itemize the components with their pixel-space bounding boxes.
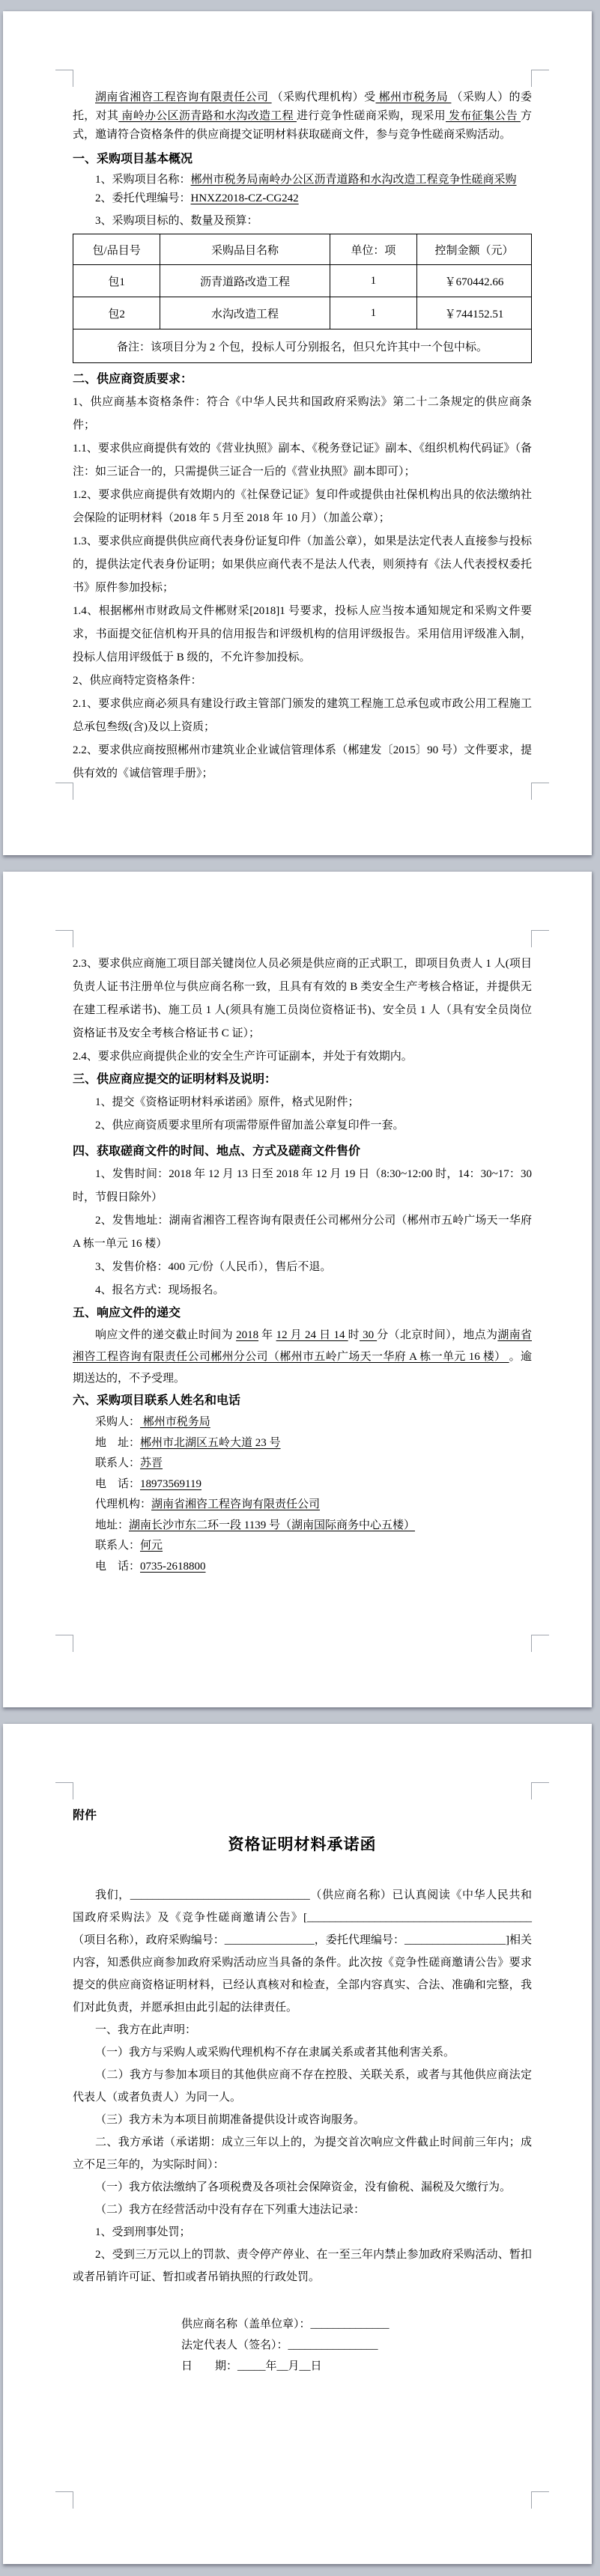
- table-header-row: 包/品目号 采购品目名称 单位：项 控制金额（元）: [73, 234, 532, 265]
- paragraph-2-2: 2.2、要求供应商按照郴州市建筑业企业诚信管理体系（郴建发〔2015〕90 号）…: [73, 739, 532, 786]
- table-remark-row: 备注：该项目分为 2 个包，投标人可分别报名，但只允许其中一个包中标。: [73, 329, 532, 363]
- heading-section-2: 二、供应商资质要求：: [73, 368, 532, 391]
- signature-legal-representative: 法定代表人（签名）：________________: [181, 2335, 532, 2356]
- paragraph-4-2: 2、发售地址：湖南省湘咨工程咨询有限责任公司郴州分公司（郴州市五岭广场天一华府 …: [73, 1209, 532, 1256]
- paragraph-2-1: 2.1、要求供应商必须具有建设行政主管部门颁发的建筑工程施工总承包或市政公用工程…: [73, 693, 532, 739]
- cell-package-2: 包2: [73, 297, 160, 329]
- word-processor-canvas: { "theme":{ "canvas_bg":"#c1c6cf", "pape…: [0, 0, 600, 2576]
- paragraph-1: 1、供应商基本资格条件：符合《中华人民共和国政府采购法》第二十二条规定的供应商条…: [73, 391, 532, 437]
- table-row: 包2 水沟改造工程 1 ￥744152.51: [73, 297, 532, 329]
- paragraph-intro: 湖南省湘咨工程咨询有限责任公司 （采购代理机构）受 郴州市税务局 （采购人）的委…: [73, 88, 532, 145]
- signature-block: 供应商名称（盖单位章）：______________ 法定代表人（签名）：___…: [181, 2314, 532, 2377]
- table-remark: 备注：该项目分为 2 个包，投标人可分别报名，但只允许其中一个包中标。: [73, 329, 532, 363]
- col-header-budget: 控制金额（元）: [416, 234, 531, 265]
- page-3-content: 附件 资格证明材料承诺函 我们，________________________…: [73, 1805, 532, 2377]
- paragraph-1-1: 1.1、要求供应商提供有效的《营业执照》副本、《税务登记证》副本、《组织机构代码…: [73, 437, 532, 484]
- document-page-2[interactable]: 2.3、要求供应商施工项目部关键岗位人员必须是供应商的正式职工，即项目负责人 1…: [3, 872, 592, 1707]
- item-agency-number: 2、委托代理编号：HNXZ2018-CZ-CG242: [73, 189, 532, 208]
- table-row: 包1 沥青道路改造工程 1 ￥670442.66: [73, 265, 532, 297]
- paragraph-declare-heading: 一、我方在此声明：: [73, 2019, 532, 2041]
- paragraph-2-4: 2.4、要求供应商提供企业的安全生产许可证副本，并处于有效期内。: [73, 1045, 532, 1069]
- margin-crop-mark: [531, 1635, 549, 1652]
- attachment-title: 资格证明材料承诺函: [73, 1833, 532, 1856]
- paragraph-2: 2、供应商特定资格条件：: [73, 669, 532, 693]
- document-page-3[interactable]: 附件 资格证明材料承诺函 我们，________________________…: [3, 1724, 592, 2564]
- cell-unit-1: 1: [330, 265, 416, 297]
- margin-crop-mark: [55, 70, 73, 87]
- page-2-content: 2.3、要求供应商施工项目部关键岗位人员必须是供应商的正式职工，即项目负责人 1…: [73, 953, 532, 1577]
- margin-crop-mark: [55, 1782, 73, 1799]
- heading-section-6: 六、采购项目联系人姓名和电话: [73, 1390, 532, 1412]
- paragraph-1-2: 1.2、要求供应商提供有效期内的《社保登记证》复印件或提供由社保机构出具的依法缴…: [73, 484, 532, 530]
- signature-supplier-name: 供应商名称（盖单位章）：______________: [181, 2314, 532, 2335]
- paragraph-declare-1: （一）我方与采购人或采购代理机构不存在隶属关系或者其他利害关系。: [73, 2041, 532, 2064]
- paragraph-5-deadline: 响应文件的递交截止时间为 2018 年 12 月 24 日 14 时 30 分（…: [73, 1325, 532, 1390]
- paragraph-promise-2: （二）我方在经营活动中没有存在下列重大违法记录：: [73, 2199, 532, 2221]
- col-header-unit: 单位：项: [330, 234, 416, 265]
- contact-agency-address: 地址：湖南长沙市东二环一段 1139 号（湖南国际商务中心五楼）: [73, 1516, 532, 1537]
- margin-crop-mark: [55, 2491, 73, 2509]
- paragraph-violation-2: 2、受到三万元以上的罚款、责令停产停业、在一至三年内禁止参加政府采购活动、暂扣或…: [73, 2244, 532, 2288]
- paragraph-promise-heading: 二、我方承诺（承诺期：成立三年以上的，为提交首次响应文件截止时间前三年内；成立不…: [73, 2131, 532, 2176]
- item-budget-intro: 3、采购项目标的、数量及预算：: [73, 212, 532, 231]
- cell-item-1: 沥青道路改造工程: [160, 265, 330, 297]
- contact-purchaser-phone: 电 话：18973569119: [73, 1474, 532, 1495]
- cell-budget-2: ￥744152.51: [416, 297, 531, 329]
- procurement-items-table: 包/品目号 采购品目名称 单位：项 控制金额（元） 包1 沥青道路改造工程 1 …: [73, 234, 532, 363]
- contact-purchaser-address: 地 址：郴州市北湖区五岭大道 23 号: [73, 1433, 532, 1454]
- paragraph-2-3: 2.3、要求供应商施工项目部关键岗位人员必须是供应商的正式职工，即项目负责人 1…: [73, 953, 532, 1045]
- margin-crop-mark: [531, 783, 549, 800]
- item-project-name: 1、采购项目名称：郴州市税务局南岭办公区沥青道路和水沟改造工程竞争性磋商采购: [73, 171, 532, 189]
- paragraph-commitment-intro: 我们，________________________________（供应商名…: [73, 1884, 532, 2019]
- contact-purchaser-person: 联系人：苏晋: [73, 1453, 532, 1474]
- margin-crop-mark: [531, 70, 549, 87]
- paragraph-1-3: 1.3、要求供应商提供供应商代表身份证复印件（加盖公章），如果是法定代表人直接参…: [73, 530, 532, 600]
- col-header-item-name: 采购品目名称: [160, 234, 330, 265]
- contact-agency-phone: 电 话：0735-2618800: [73, 1557, 532, 1578]
- paragraph-violation-1: 1、受到刑事处罚；: [73, 2221, 532, 2244]
- contact-agency: 代理机构：湖南省湘咨工程咨询有限责任公司: [73, 1495, 532, 1516]
- paragraph-3-2: 2、供应商资质要求里所有项需带原件留加盖公章复印件一套。: [73, 1114, 532, 1137]
- attachment-label: 附件: [73, 1805, 532, 1827]
- heading-section-3: 三、供应商应提交的证明材料及说明：: [73, 1069, 532, 1091]
- signature-date: 日 期：_____年__月__日: [181, 2356, 532, 2377]
- cell-item-2: 水沟改造工程: [160, 297, 330, 329]
- paragraph-declare-2: （二）我方与参加本项目的其他供应商不存在控股、关联关系，或者与其他供应商法定代表…: [73, 2064, 532, 2109]
- cell-unit-2: 1: [330, 297, 416, 329]
- paragraph-4-3: 3、发售价格：400 元/份（人民币），售后不退。: [73, 1256, 532, 1279]
- cell-package-1: 包1: [73, 265, 160, 297]
- page-1-content: 湖南省湘咨工程咨询有限责任公司 （采购代理机构）受 郴州市税务局 （采购人）的委…: [73, 88, 532, 786]
- margin-crop-mark: [531, 2491, 549, 2509]
- margin-crop-mark: [55, 930, 73, 947]
- paragraph-promise-1: （一）我方依法缴纳了各项税费及各项社会保障资金，没有偷税、漏税及欠缴行为。: [73, 2176, 532, 2199]
- paragraph-1-4: 1.4、根据郴州市财政局文件郴财采[2018]1 号要求，投标人应当按本通知规定…: [73, 600, 532, 669]
- margin-crop-mark: [55, 783, 73, 800]
- margin-crop-mark: [531, 1782, 549, 1799]
- cell-budget-1: ￥670442.66: [416, 265, 531, 297]
- col-header-package: 包/品目号: [73, 234, 160, 265]
- paragraph-3-1: 1、提交《资格证明材料承诺函》原件，格式见附件；: [73, 1091, 532, 1114]
- margin-crop-mark: [55, 1635, 73, 1652]
- contact-purchaser: 采购人： 郴州市税务局: [73, 1412, 532, 1433]
- paragraph-declare-3: （三）我方未为本项目前期准备提供设计或咨询服务。: [73, 2109, 532, 2131]
- heading-section-1: 一、采购项目基本概况: [73, 148, 532, 171]
- heading-section-5: 五、响应文件的递交: [73, 1302, 532, 1325]
- contact-agency-person: 联系人：何元: [73, 1536, 532, 1557]
- margin-crop-mark: [531, 930, 549, 947]
- heading-section-4: 四、获取磋商文件的时间、地点、方式及磋商文件售价: [73, 1140, 532, 1163]
- paragraph-4-4: 4、报名方式：现场报名。: [73, 1279, 532, 1302]
- paragraph-4-1: 1、发售时间：2018 年 12 月 13 日至 2018 年 12 月 19 …: [73, 1163, 532, 1209]
- document-page-1[interactable]: 湖南省湘咨工程咨询有限责任公司 （采购代理机构）受 郴州市税务局 （采购人）的委…: [3, 11, 592, 855]
